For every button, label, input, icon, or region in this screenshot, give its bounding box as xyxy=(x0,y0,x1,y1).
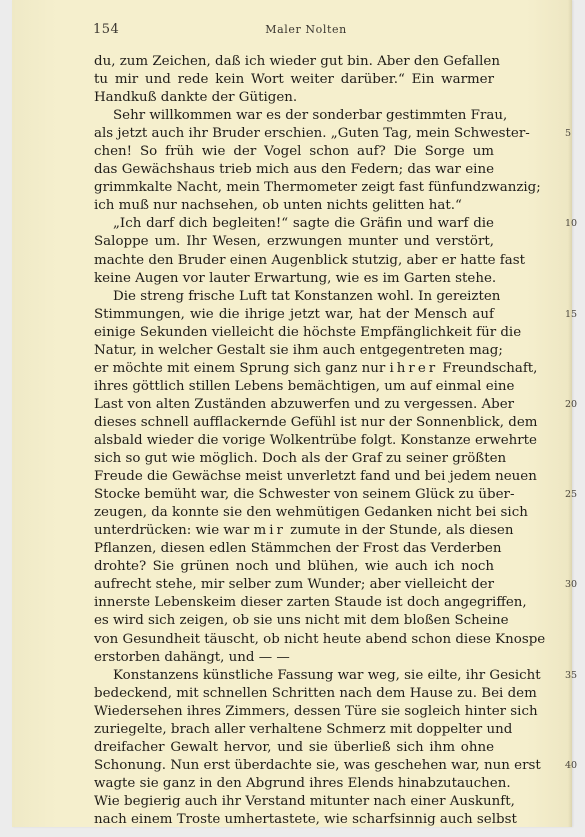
text-line: Wiedersehen ihres Zimmers, dessen Türe s… xyxy=(94,703,494,721)
text-line: dieses schnell aufflackernde Gefühl ist … xyxy=(94,414,494,432)
text-line-content: das Gewächshaus trieb mich aus den Feder… xyxy=(94,162,494,177)
text-line-content: er möchte mit einem Sprung sich ganz nur… xyxy=(94,361,537,376)
text-line-content: grimmkalte Nacht, mein Thermometer zeigt… xyxy=(94,180,541,195)
text-line-content: zeugen, da konnte sie den wehmütigen Ged… xyxy=(94,505,528,520)
text-line: Konstanzens künstliche Fassung war weg, … xyxy=(94,667,494,685)
text-line: keine Augen vor lauter Erwartung, wie es… xyxy=(94,270,494,288)
text-line-content: keine Augen vor lauter Erwartung, wie es… xyxy=(94,271,496,286)
body-text: du, zum Zeichen, daß ich wieder gut bin.… xyxy=(94,53,494,829)
text-line: Sehr willkommen war es der sonderbar ges… xyxy=(94,107,494,125)
text-line: Stocke bemüht war, die Schwester von sei… xyxy=(94,486,494,504)
text-line: chen! So früh wie der Vogel schon auf? D… xyxy=(94,143,494,161)
text-line: Handkuß dankte der Gütigen. xyxy=(94,89,494,107)
text-line: zuriegelte, brach aller verhaltene Schme… xyxy=(94,721,494,739)
running-head: 154 Maler Nolten xyxy=(93,22,519,38)
text-line-content: „Ich darf dich begleiten!“ sagte die Grä… xyxy=(113,216,494,231)
text-line: drohte? Sie grünen noch und blühen, wie … xyxy=(94,558,494,576)
text-line-content: Pflanzen, diesen edlen Stämmchen der Fro… xyxy=(94,541,501,556)
emphasis-spaced: ihrer xyxy=(390,361,439,376)
text-line: ich muß nur nachsehen, ob unten nichts g… xyxy=(94,197,494,215)
text-line-content: Stocke bemüht war, die Schwester von sei… xyxy=(94,487,514,502)
margin-line-number: 40 xyxy=(565,757,577,775)
text-line-content: Last von alten Zuständen abzuwerfen und … xyxy=(94,397,514,412)
text-line: als jetzt auch ihr Bruder erschien. „Gut… xyxy=(94,125,494,143)
text-line: erstorben dahängt, und — — xyxy=(94,649,494,667)
text-line-content: Stimmungen, wie die ihrige jetzt war, ha… xyxy=(94,307,494,322)
text-line: Wie begierig auch ihr Verstand mitunter … xyxy=(94,793,494,811)
text-line-content: Sehr willkommen war es der sonderbar ges… xyxy=(113,108,507,123)
margin-line-number: 20 xyxy=(565,396,577,414)
text-line: alsbald wieder die vorige Wolkentrübe fo… xyxy=(94,432,494,450)
book-page: 154 Maler Nolten du, zum Zeichen, daß ic… xyxy=(12,0,572,827)
text-line: Schonung. Nun erst überdachte sie, was g… xyxy=(94,757,494,775)
text-line-content: wagte sie ganz in den Abgrund ihres Elen… xyxy=(94,776,511,791)
text-line: zeugen, da konnte sie den wehmütigen Ged… xyxy=(94,504,494,522)
text-line-content: ich muß nur nachsehen, ob unten nichts g… xyxy=(94,198,462,213)
margin-line-number: 25 xyxy=(565,486,577,504)
text-line: es wird sich zeigen, ob sie uns nicht mi… xyxy=(94,612,494,630)
margin-line-number: 15 xyxy=(565,306,577,324)
margin-line-number: 35 xyxy=(565,667,577,685)
text-line-content: Wie begierig auch ihr Verstand mitunter … xyxy=(94,794,515,809)
text-line: Stimmungen, wie die ihrige jetzt war, ha… xyxy=(94,306,494,324)
text-line: bedeckend, mit schnellen Schritten nach … xyxy=(94,685,494,703)
text-line: dreifacher Gewalt hervor, und sie überli… xyxy=(94,739,494,757)
text-line-content: du, zum Zeichen, daß ich wieder gut bin.… xyxy=(94,54,500,69)
text-line-content: Wiedersehen ihres Zimmers, dessen Türe s… xyxy=(94,704,538,719)
margin-line-number: 30 xyxy=(565,576,577,594)
text-line: Natur, in welcher Gestalt sie ihm auch e… xyxy=(94,342,494,360)
text-line: Die streng frische Luft tat Konstanzen w… xyxy=(94,288,494,306)
text-line: grimmkalte Nacht, mein Thermometer zeigt… xyxy=(94,179,494,197)
text-line-content: chen! So früh wie der Vogel schon auf? D… xyxy=(94,144,494,159)
text-line-content: innerste Lebenskeim dieser zarten Staude… xyxy=(94,595,527,610)
text-line-content: tu mir und rede kein Wort weiter darüber… xyxy=(94,72,494,87)
text-line-content: bedeckend, mit schnellen Schritten nach … xyxy=(94,686,537,701)
text-line-content: ihres göttlich stillen Lebens bemächtige… xyxy=(94,379,514,394)
text-line: du, zum Zeichen, daß ich wieder gut bin.… xyxy=(94,53,494,71)
text-line-content: unterdrücken: wie war mir zumute in der … xyxy=(94,523,513,538)
text-line-content: alsbald wieder die vorige Wolkentrübe fo… xyxy=(94,433,537,448)
text-line-content: Schonung. Nun erst überdachte sie, was g… xyxy=(94,758,541,773)
text-line: von Gesundheit täuscht, ob nicht heute a… xyxy=(94,631,494,649)
text-line: Pflanzen, diesen edlen Stämmchen der Fro… xyxy=(94,540,494,558)
text-line-content: es wird sich zeigen, ob sie uns nicht mi… xyxy=(94,613,509,628)
margin-line-number: 5 xyxy=(565,125,571,143)
text-line: tu mir und rede kein Wort weiter darüber… xyxy=(94,71,494,89)
text-line-content: machte den Bruder einen Augenblick stutz… xyxy=(94,253,525,268)
text-line-content: Handkuß dankte der Gütigen. xyxy=(94,90,297,105)
text-line: das Gewächshaus trieb mich aus den Feder… xyxy=(94,161,494,179)
running-title: Maler Nolten xyxy=(93,23,519,36)
text-line-content: Konstanzens künstliche Fassung war weg, … xyxy=(113,668,541,683)
text-line-content: dieses schnell aufflackernde Gefühl ist … xyxy=(94,415,537,430)
text-line: nach einem Troste umhertastete, wie scha… xyxy=(94,811,494,829)
text-line: sich so gut wie möglich. Doch als der Gr… xyxy=(94,450,494,468)
text-line-content: nach einem Troste umhertastete, wie scha… xyxy=(94,812,517,827)
text-line: ihres göttlich stillen Lebens bemächtige… xyxy=(94,378,494,396)
text-line: Saloppe um. Ihr Wesen, erzwungen munter … xyxy=(94,233,494,251)
text-line: aufrecht stehe, mir selber zum Wunder; a… xyxy=(94,576,494,594)
margin-line-number: 10 xyxy=(565,215,577,233)
text-line-content: einige Sekunden vielleicht die höchste E… xyxy=(94,325,521,340)
text-line-content: Saloppe um. Ihr Wesen, erzwungen munter … xyxy=(94,234,494,249)
text-line-content: erstorben dahängt, und — — xyxy=(94,650,290,665)
text-line-content: zuriegelte, brach aller verhaltene Schme… xyxy=(94,722,512,737)
text-line: wagte sie ganz in den Abgrund ihres Elen… xyxy=(94,775,494,793)
text-line: innerste Lebenskeim dieser zarten Staude… xyxy=(94,594,494,612)
text-line-content: sich so gut wie möglich. Doch als der Gr… xyxy=(94,451,506,466)
emphasis-spaced: mir xyxy=(254,523,286,538)
text-line-content: aufrecht stehe, mir selber zum Wunder; a… xyxy=(94,577,494,592)
text-line: unterdrücken: wie war mir zumute in der … xyxy=(94,522,494,540)
text-line-content: drohte? Sie grünen noch und blühen, wie … xyxy=(94,559,494,574)
text-line-content: Die streng frische Luft tat Konstanzen w… xyxy=(113,289,500,304)
text-line: „Ich darf dich begleiten!“ sagte die Grä… xyxy=(94,215,494,233)
text-line: machte den Bruder einen Augenblick stutz… xyxy=(94,252,494,270)
text-line-content: Freude die Gewächse meist unverletzt fan… xyxy=(94,469,537,484)
text-line-content: dreifacher Gewalt hervor, und sie überli… xyxy=(94,740,494,755)
text-line: Last von alten Zuständen abzuwerfen und … xyxy=(94,396,494,414)
text-line: einige Sekunden vielleicht die höchste E… xyxy=(94,324,494,342)
text-line-content: von Gesundheit täuscht, ob nicht heute a… xyxy=(94,632,545,647)
text-line-content: Natur, in welcher Gestalt sie ihm auch e… xyxy=(94,343,503,358)
text-line: Freude die Gewächse meist unverletzt fan… xyxy=(94,468,494,486)
text-line-content: als jetzt auch ihr Bruder erschien. „Gut… xyxy=(94,126,530,141)
text-line: er möchte mit einem Sprung sich ganz nur… xyxy=(94,360,494,378)
